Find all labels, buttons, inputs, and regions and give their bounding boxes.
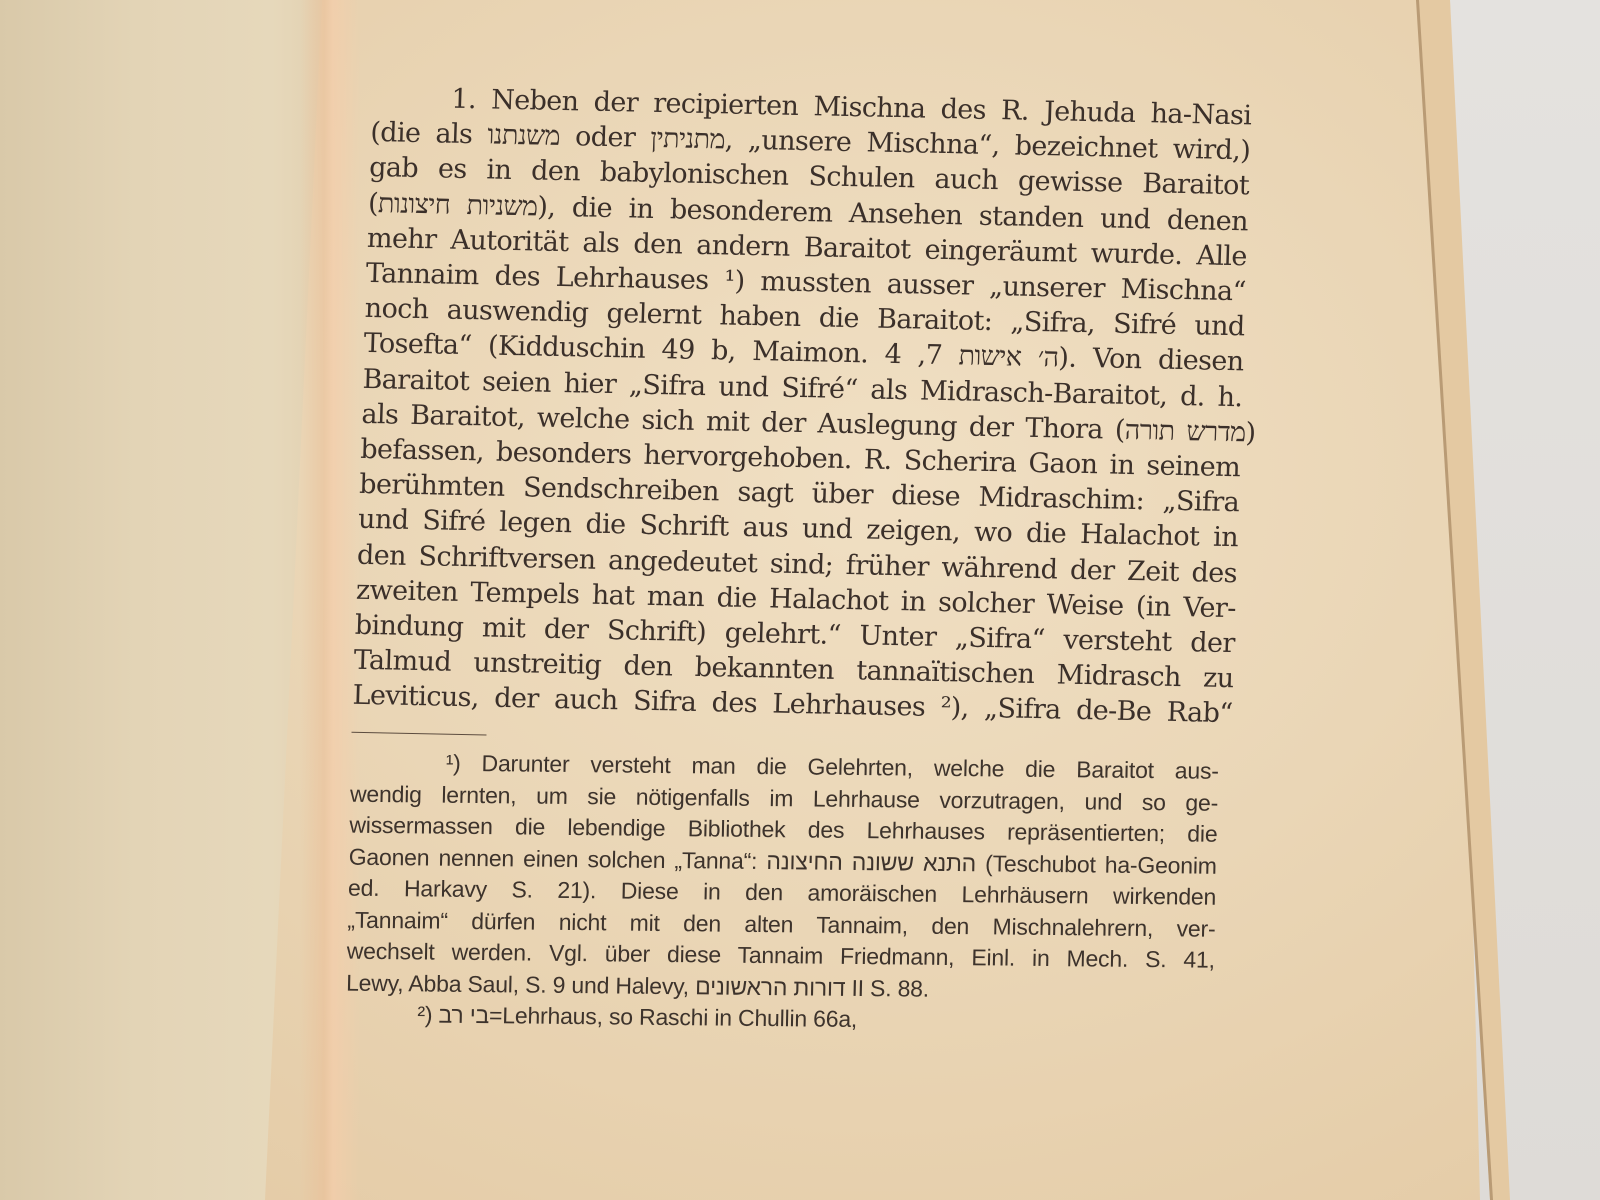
footnote-marker: ¹) [445, 749, 460, 775]
photo-scene: 1. Neben der recipierten Mischna des R. … [0, 0, 1600, 1200]
footnotes: ¹) Darunter versteht man die Gelehrten, … [345, 746, 1231, 1039]
page-text-block: 1. Neben der recipierten Mischna des R. … [342, 80, 1252, 1048]
footnote-marker: ²) [417, 1001, 432, 1027]
main-paragraph: 1. Neben der recipierten Mischna des R. … [352, 80, 1252, 732]
section-number: 1. [451, 84, 477, 116]
footnote-divider [351, 731, 486, 735]
